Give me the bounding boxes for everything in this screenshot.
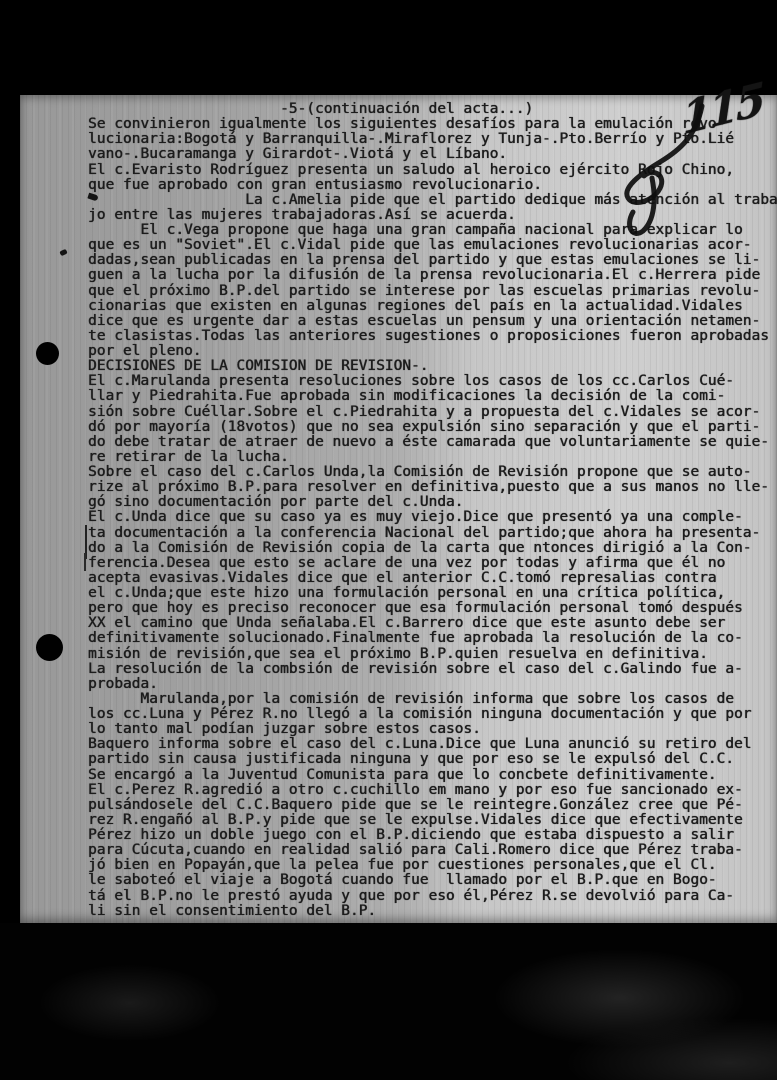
ink-flourish-mark [598, 98, 748, 248]
hole-punch-top [36, 342, 59, 365]
scan-margin-bottom [0, 923, 777, 1080]
scan-margin-left [0, 0, 20, 1080]
scan-margin-top [0, 0, 777, 95]
scan-stage: -5-(continuación del acta...) Se convini… [0, 0, 777, 1080]
margin-mark [84, 553, 86, 571]
hole-punch-bottom [36, 634, 63, 661]
